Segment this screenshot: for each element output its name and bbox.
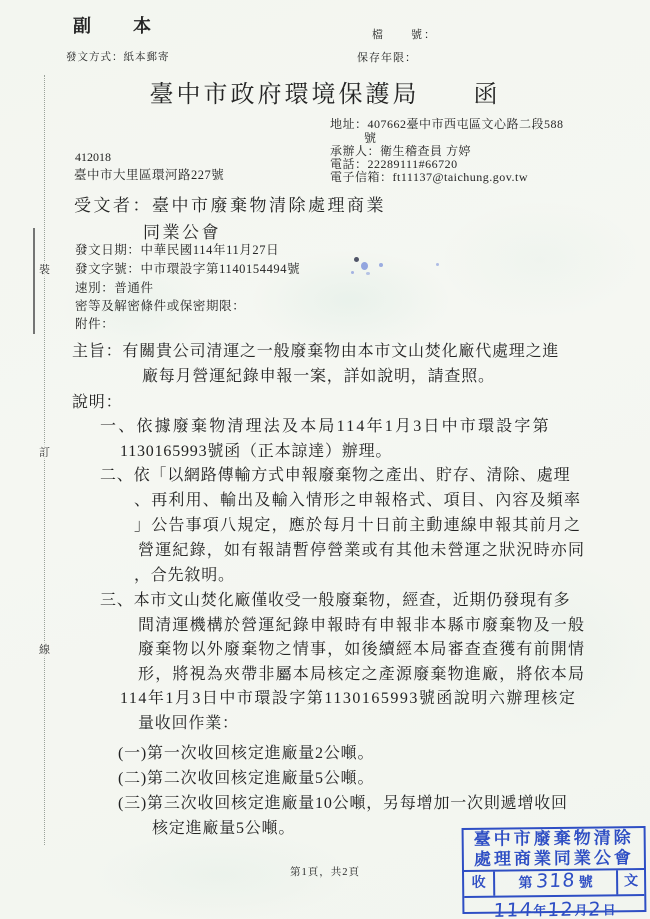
binding-dotted-line: [44, 75, 45, 845]
file-number-label: 檔 號：: [372, 26, 437, 42]
binding-mark-ding: 訂: [38, 444, 51, 460]
subitem-line: (三)第三次收回核定進廠量10公噸，另每增加一次則遞增收回: [118, 790, 568, 813]
item3-line: 114年1月3日中市環設字第1130165993號函說明六辦理核定: [120, 685, 576, 708]
copy-label: 副 本: [73, 12, 163, 38]
stamp-year-handwritten: 114: [493, 899, 534, 919]
stamp-month-handwritten: 12: [547, 899, 574, 919]
item3-line: 間清運機構於營運紀錄申報時有申報非本縣市廢棄物及一般: [138, 612, 585, 635]
ink-speck: [351, 271, 354, 274]
stamp-no-suffix: 號: [579, 875, 593, 890]
ink-speck: [436, 263, 439, 266]
stamp-doc-char: 文: [616, 870, 644, 894]
receipt-stamp: 臺中市廢棄物清除 處理商業同業公會 收 第 318 號 文 114 年 12 月…: [462, 826, 647, 914]
item3-line: 廢棄物以外廢棄物之情事，如後續經本局審查查獲有前開情: [138, 636, 585, 659]
ink-speck: [361, 262, 368, 270]
agency-email: 電子信箱：ft11137@taichung.gov.tw: [330, 171, 528, 185]
subject-line: 廠每月營運紀錄申報一案，詳如說明，請查照。: [142, 363, 495, 386]
stamp-org-line2: 處理商業同業公會: [464, 848, 644, 870]
stamp-number-row: 收 第 318 號 文: [464, 868, 644, 896]
recipient-name-line1: 受文者：臺中市廢棄物清除處理商業: [74, 191, 386, 216]
attachment-label: 附件：: [75, 314, 114, 332]
subitem-line: 核定進廠量5公噸。: [152, 815, 295, 838]
scanned-official-letter: 裝 訂 線 副 本 發文方式：紙本郵寄 檔 號： 保存年限： 臺中市政府環境保護…: [0, 0, 650, 919]
issue-date: 發文日期：中華民國114年11月27日: [75, 240, 279, 258]
retention-period-label: 保存年限：: [357, 49, 417, 65]
item1-line: 一、依據廢棄物清理法及本局114年1月3日中市環設字第: [100, 413, 551, 436]
ink-speck: [379, 263, 383, 267]
security-class: 密等及解密條件或保密期限：: [75, 296, 245, 314]
recipient-address: 臺中市大里區環河路227號: [74, 165, 224, 183]
item2-line: 」公告事項八規定，應於每月十日前主動連線申報其前月之: [134, 512, 581, 535]
subitem-line: (一)第一次收回核定進廠量2公噸。: [118, 740, 374, 763]
stamp-no-handwritten: 318: [535, 870, 576, 891]
item2-line: ，合先敘明。: [134, 562, 235, 585]
item3-line: 量收回作業：: [138, 710, 239, 733]
item2-line: 營運紀錄，如有報請暫停營業或有其他未營運之狀況時亦同: [138, 537, 585, 560]
scan-smudge: [440, 200, 640, 320]
binding-mark-xian: 線: [38, 641, 51, 657]
document-title: 臺中市政府環境保護局 函: [0, 74, 650, 109]
item1-line: 1130165993號函（正本諒達）辦理。: [120, 438, 392, 461]
issue-doc-number: 發文字號：中市環設字第1140154494號: [75, 259, 300, 277]
item3-line: 三、本市文山焚化廠僅收受一般廢棄物，經查，近期仍發現有多: [100, 587, 570, 610]
explanation-label: 說明：: [72, 389, 122, 412]
stamp-doc-number: 第 318 號: [495, 870, 616, 896]
stamp-month-char: 月: [574, 900, 587, 919]
stamp-no-prefix: 第: [518, 876, 532, 891]
stamp-org-line1: 臺中市廢棄物清除: [464, 828, 644, 850]
item2-line: 二、依「以網路傳輸方式申報廢棄物之產出、貯存、清除、處理: [100, 462, 570, 485]
stamp-date-row: 114 年 12 月 2 日: [464, 894, 644, 919]
recipient-zip: 412018: [75, 150, 111, 165]
binding-mark-zhuang: 裝: [38, 261, 51, 277]
stamp-year-char: 年: [533, 900, 546, 919]
subject-line: 主旨：有關貴公司清運之一般廢棄物由本市文山焚化廠代處理之進: [72, 338, 559, 361]
subitem-line: (二)第二次收回核定進廠量5公噸。: [118, 765, 374, 788]
item3-line: 形，將視為夾帶非屬本局核定之產源廢棄物進廠，將依本局: [138, 661, 585, 684]
speed-class: 速別：普通件: [75, 278, 154, 296]
binding-fold-mark: [33, 228, 35, 334]
ink-speck: [366, 272, 370, 275]
item2-line: 、再利用、輸出及輸入情形之申報格式、項目、內容及頻率: [134, 487, 581, 510]
agency-address-line1: 地址：407662臺中市西屯區文心路二段588: [330, 118, 564, 132]
ink-speck: [354, 257, 359, 262]
delivery-method: 發文方式：紙本郵寄: [66, 49, 170, 64]
stamp-day-char: 日: [603, 899, 616, 918]
stamp-receive-char: 收: [464, 872, 495, 896]
stamp-day-handwritten: 2: [588, 899, 602, 919]
